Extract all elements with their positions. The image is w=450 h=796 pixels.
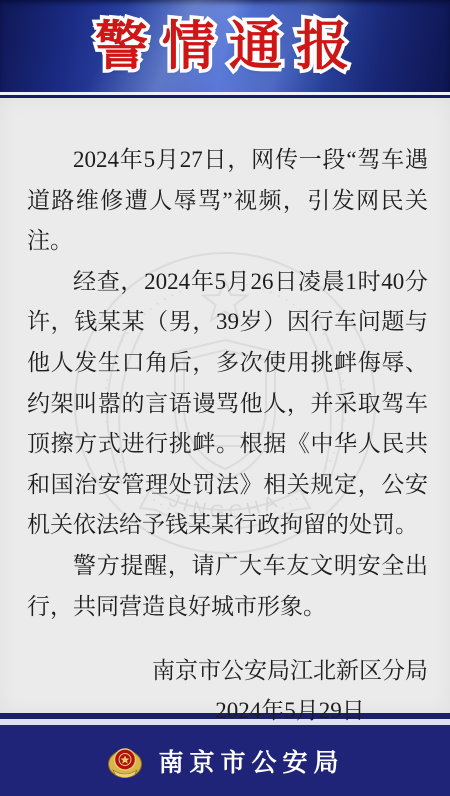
notice-paragraph-1: 2024年5月27日，网传一段“驾车遇道路维修遭人辱骂”视频，引发网民关注。: [27, 140, 428, 262]
notice-body: JINGCHA 2024年5月27日，网传一段“驾车遇道路维修遭人辱骂”视频，引…: [0, 98, 450, 713]
police-notice-poster: 警情通报 警情通报 JINGCH: [0, 0, 450, 796]
footer: 南京市公安局: [0, 725, 450, 796]
notice-paragraph-2: 经查，2024年5月26日凌晨1时40分许，钱某某（男，39岁）因行车问题与他人…: [27, 262, 428, 546]
issue-date: 2024年5月29日: [152, 691, 428, 731]
issuing-authority: 南京市公安局江北新区分局: [152, 651, 428, 691]
banner: 警情通报 警情通报: [0, 0, 450, 92]
police-badge-icon: [105, 743, 145, 779]
signature-block: 南京市公安局江北新区分局 2024年5月29日: [27, 651, 428, 731]
footer-agency: 南京市公安局: [158, 743, 344, 779]
notice-paragraph-3: 警方提醒，请广大车友文明安全出行，共同营造良好城市形象。: [27, 546, 428, 627]
banner-title-text: 警情通报: [95, 17, 363, 76]
banner-title: 警情通报 警情通报: [95, 20, 363, 73]
